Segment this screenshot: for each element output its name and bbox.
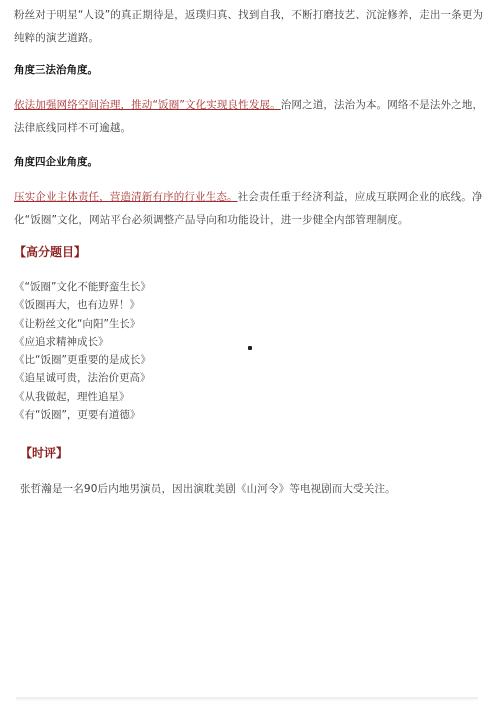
high-score-title-list: 《“饭圈”文化不能野蛮生长》 《饭圈再大，也有边界！》 《让粉丝文化“向阳”生长… [14, 278, 151, 424]
angle-four-heading: 角度四企业角度。 [14, 154, 98, 169]
footer-divider [16, 697, 478, 699]
title-item: 《比“饭圈”更重要的是成长》 [14, 351, 151, 369]
angle-three-link[interactable]: 依法加强网络空间治理，推动“饭圈”文化实现良性发展。 [14, 99, 281, 111]
angle-three-paragraph: 依法加强网络空间治理，推动“饭圈”文化实现良性发展。治网之道，法治为本。网络不是… [14, 94, 488, 140]
title-item: 《有“饭圈”，更要有道德》 [14, 406, 151, 424]
title-item: 《从我做起，理性追星》 [14, 388, 151, 406]
commentary-label: 【时评】 [20, 444, 68, 461]
angle-four-link[interactable]: 压实企业主体责任，营造清新有序的行业生态。 [14, 191, 238, 203]
intro-paragraph: 粉丝对于明星“人设”的真正期待是，返璞归真、找到自我，不断打磨技艺、沉淀修养，走… [14, 4, 488, 50]
title-item: 《饭圈再大，也有边界！》 [14, 296, 151, 314]
angle-three-heading: 角度三法治角度。 [14, 62, 98, 77]
angle-four-paragraph: 压实企业主体责任，营造清新有序的行业生态。社会责任重于经济利益，应成互联网企业的… [14, 186, 488, 232]
high-score-titles-label: 【高分题目】 [14, 243, 86, 260]
title-item: 《“饭圈”文化不能野蛮生长》 [14, 278, 151, 296]
title-item: 《追星诚可贵，法治价更高》 [14, 369, 151, 387]
title-item: 《应追求精神成长》 [14, 333, 151, 351]
cursor-dot [248, 346, 252, 350]
commentary-paragraph: 张哲瀚是一名90后内地男演员，因出演耽美剧《山河令》等电视剧而大受关注。 [20, 478, 494, 501]
title-item: 《让粉丝文化“向阳”生长》 [14, 315, 151, 333]
